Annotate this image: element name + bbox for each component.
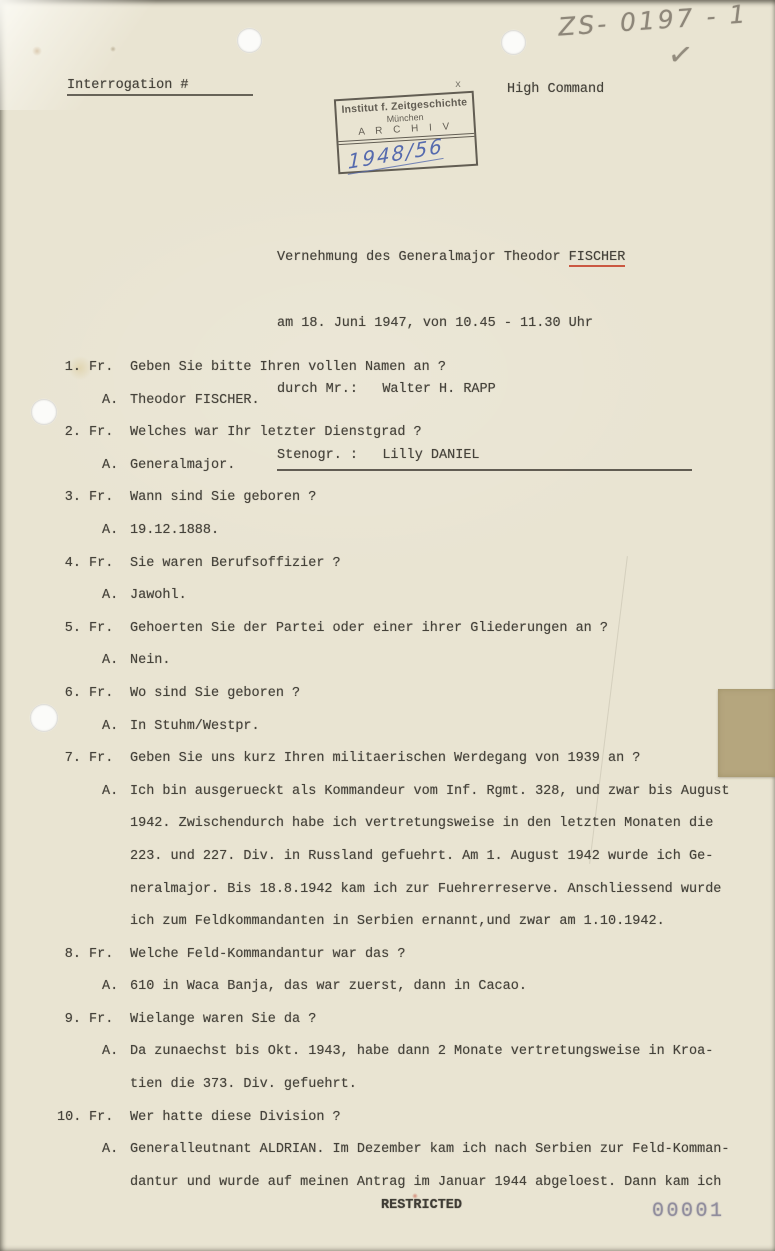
question-label: Fr. [81,417,130,450]
qa-number: 3. [57,482,81,515]
qa-number: 4. [57,548,81,581]
answer-line: A.Generalmajor. [57,450,737,483]
question-line: 7.Fr.Geben Sie uns kurz Ihren militaeris… [57,743,737,776]
qa-text: Geben Sie uns kurz Ihren militaerischen … [130,751,640,766]
archive-stamp: Institut f. Zeitgeschichte München A R C… [334,91,478,174]
answer-continuation-line: tien die 373. Div. gefuehrt. [57,1069,737,1102]
qa-text: Da zunaechst bis Okt. 1943, habe dann 2 … [130,1044,713,1059]
answer-line: A.Theodor FISCHER. [57,385,737,418]
answer-label: A. [81,971,130,1004]
interrogation-number-blank-line: Interrogation # [67,78,253,96]
qa-number: 9. [57,1004,81,1037]
question-line: 2.Fr.Welches war Ihr letzter Dienstgrad … [57,417,737,450]
answer-label: A. [81,450,130,483]
qa-text: Wer hatte diese Division ? [130,1110,341,1125]
question-label: Fr. [81,939,130,972]
qa-text: ich zum Feldkommandanten in Serbien erna… [130,914,665,929]
qa-text: dantur und wurde auf meinen Antrag im Ja… [130,1175,721,1190]
qa-text: 19.12.1888. [130,523,219,538]
qa-text: Jawohl. [130,588,187,603]
answer-label: A. [81,776,130,809]
qa-text: Geben Sie bitte Ihren vollen Namen an ? [130,360,446,375]
qa-text: Welche Feld-Kommandantur war das ? [130,947,405,962]
question-label: Fr. [81,482,130,515]
qa-text: 610 in Waca Banja, das war zuerst, dann … [130,979,527,994]
question-line: 6.Fr.Wo sind Sie geboren ? [57,678,737,711]
question-label: Fr. [81,613,130,646]
punch-hole-top-left [237,28,262,53]
punch-hole-left-upper [31,399,57,425]
answer-label: A. [81,515,130,548]
answer-line: A.Generalleutnant ALDRIAN. Im Dezember k… [57,1134,737,1167]
answer-continuation-line: 1942. Zwischendurch habe ich vertretungs… [57,808,737,841]
answer-label: A. [81,385,130,418]
question-label: Fr. [81,743,130,776]
checkmark-handwritten: ✓ [666,36,696,74]
question-line: 9.Fr.Wielange waren Sie da ? [57,1004,737,1037]
question-label: Fr. [81,1102,130,1135]
qa-text: Wo sind Sie geboren ? [130,686,300,701]
qa-text: Generalmajor. [130,458,235,473]
answer-line: A.Nein. [57,645,737,678]
qa-number: 6. [57,678,81,711]
answer-line: A.Ich bin ausgerueckt als Kommandeur vom… [57,776,737,809]
punch-hole-top-right [501,30,526,55]
answer-continuation-line: neralmajor. Bis 18.8.1942 kam ich zur Fu… [57,874,737,907]
qa-text: tien die 373. Div. gefuehrt. [130,1077,357,1092]
qa-text: Ich bin ausgerueckt als Kommandeur vom I… [130,784,730,799]
qa-text: Theodor FISCHER. [130,393,260,408]
page-number-stamp: 00001 [652,1200,725,1223]
answer-continuation-line: dantur und wurde auf meinen Antrag im Ja… [57,1167,737,1200]
answer-line: A.In Stuhm/Westpr. [57,711,737,744]
qa-text: Wann sind Sie geboren ? [130,490,316,505]
question-line: 5.Fr.Gehoerten Sie der Partei oder einer… [57,613,737,646]
question-line: 10.Fr.Wer hatte diese Division ? [57,1102,737,1135]
answer-label: A. [81,711,130,744]
question-label: Fr. [81,548,130,581]
qa-text: Wielange waren Sie da ? [130,1012,316,1027]
archive-reference-handwritten: ZS- 0197 - 1 [557,0,749,42]
answer-continuation-line: 223. und 227. Div. in Russland gefuehrt.… [57,841,737,874]
answer-label: A. [81,645,130,678]
answer-label: A. [81,580,130,613]
question-line: 3.Fr.Wann sind Sie geboren ? [57,482,737,515]
qa-number: 7. [57,743,81,776]
question-line: 8.Fr.Welche Feld-Kommandantur war das ? [57,939,737,972]
qa-text: In Stuhm/Westpr. [130,719,260,734]
qa-number: 5. [57,613,81,646]
qa-list: 1.Fr.Geben Sie bitte Ihren vollen Namen … [57,352,737,1199]
qa-text: Nein. [130,653,171,668]
qa-number: 10. [57,1102,81,1135]
answer-line: A.Jawohl. [57,580,737,613]
qa-text: 223. und 227. Div. in Russland gefuehrt.… [130,849,713,864]
qa-text: Generalleutnant ALDRIAN. Im Dezember kam… [130,1142,730,1157]
qa-number: 2. [57,417,81,450]
answer-continuation-line: ich zum Feldkommandanten in Serbien erna… [57,906,737,939]
header-line-subject: Vernehmung des Generalmajor Theodor FISC… [277,247,692,269]
header-subject-name: FISCHER [569,250,626,267]
qa-number: 1. [57,352,81,385]
question-label: Fr. [81,352,130,385]
answer-label: A. [81,1036,130,1069]
question-line: 1.Fr.Geben Sie bitte Ihren vollen Namen … [57,352,737,385]
question-line: 4.Fr.Sie waren Berufsoffizier ? [57,548,737,581]
header-line-datetime: am 18. Juni 1947, von 10.45 - 11.30 Uhr [277,313,692,335]
qa-text: neralmajor. Bis 18.8.1942 kam ich zur Fu… [130,882,721,897]
stray-type-mark: x [455,80,461,91]
answer-label: A. [81,1134,130,1167]
high-command-label: High Command [507,82,604,97]
question-label: Fr. [81,1004,130,1037]
answer-line: A.610 in Waca Banja, das war zuerst, dan… [57,971,737,1004]
punch-hole-left-lower [30,704,58,732]
header-subject-pre: Vernehmung des Generalmajor Theodor [277,250,569,265]
answer-line: A.19.12.1888. [57,515,737,548]
qa-text: Gehoerten Sie der Partei oder einer ihre… [130,621,608,636]
qa-text: Welches war Ihr letzter Dienstgrad ? [130,425,422,440]
qa-text: 1942. Zwischendurch habe ich vertretungs… [130,816,713,831]
qa-number: 8. [57,939,81,972]
question-label: Fr. [81,678,130,711]
interrogation-number-label: Interrogation # [67,78,253,96]
scanned-document-page: Interrogation # High Command x ZS- 0197 … [0,0,775,1251]
classification-restricted: RESTRICTED [381,1198,462,1213]
qa-text: Sie waren Berufsoffizier ? [130,556,341,571]
answer-line: A.Da zunaechst bis Okt. 1943, habe dann … [57,1036,737,1069]
